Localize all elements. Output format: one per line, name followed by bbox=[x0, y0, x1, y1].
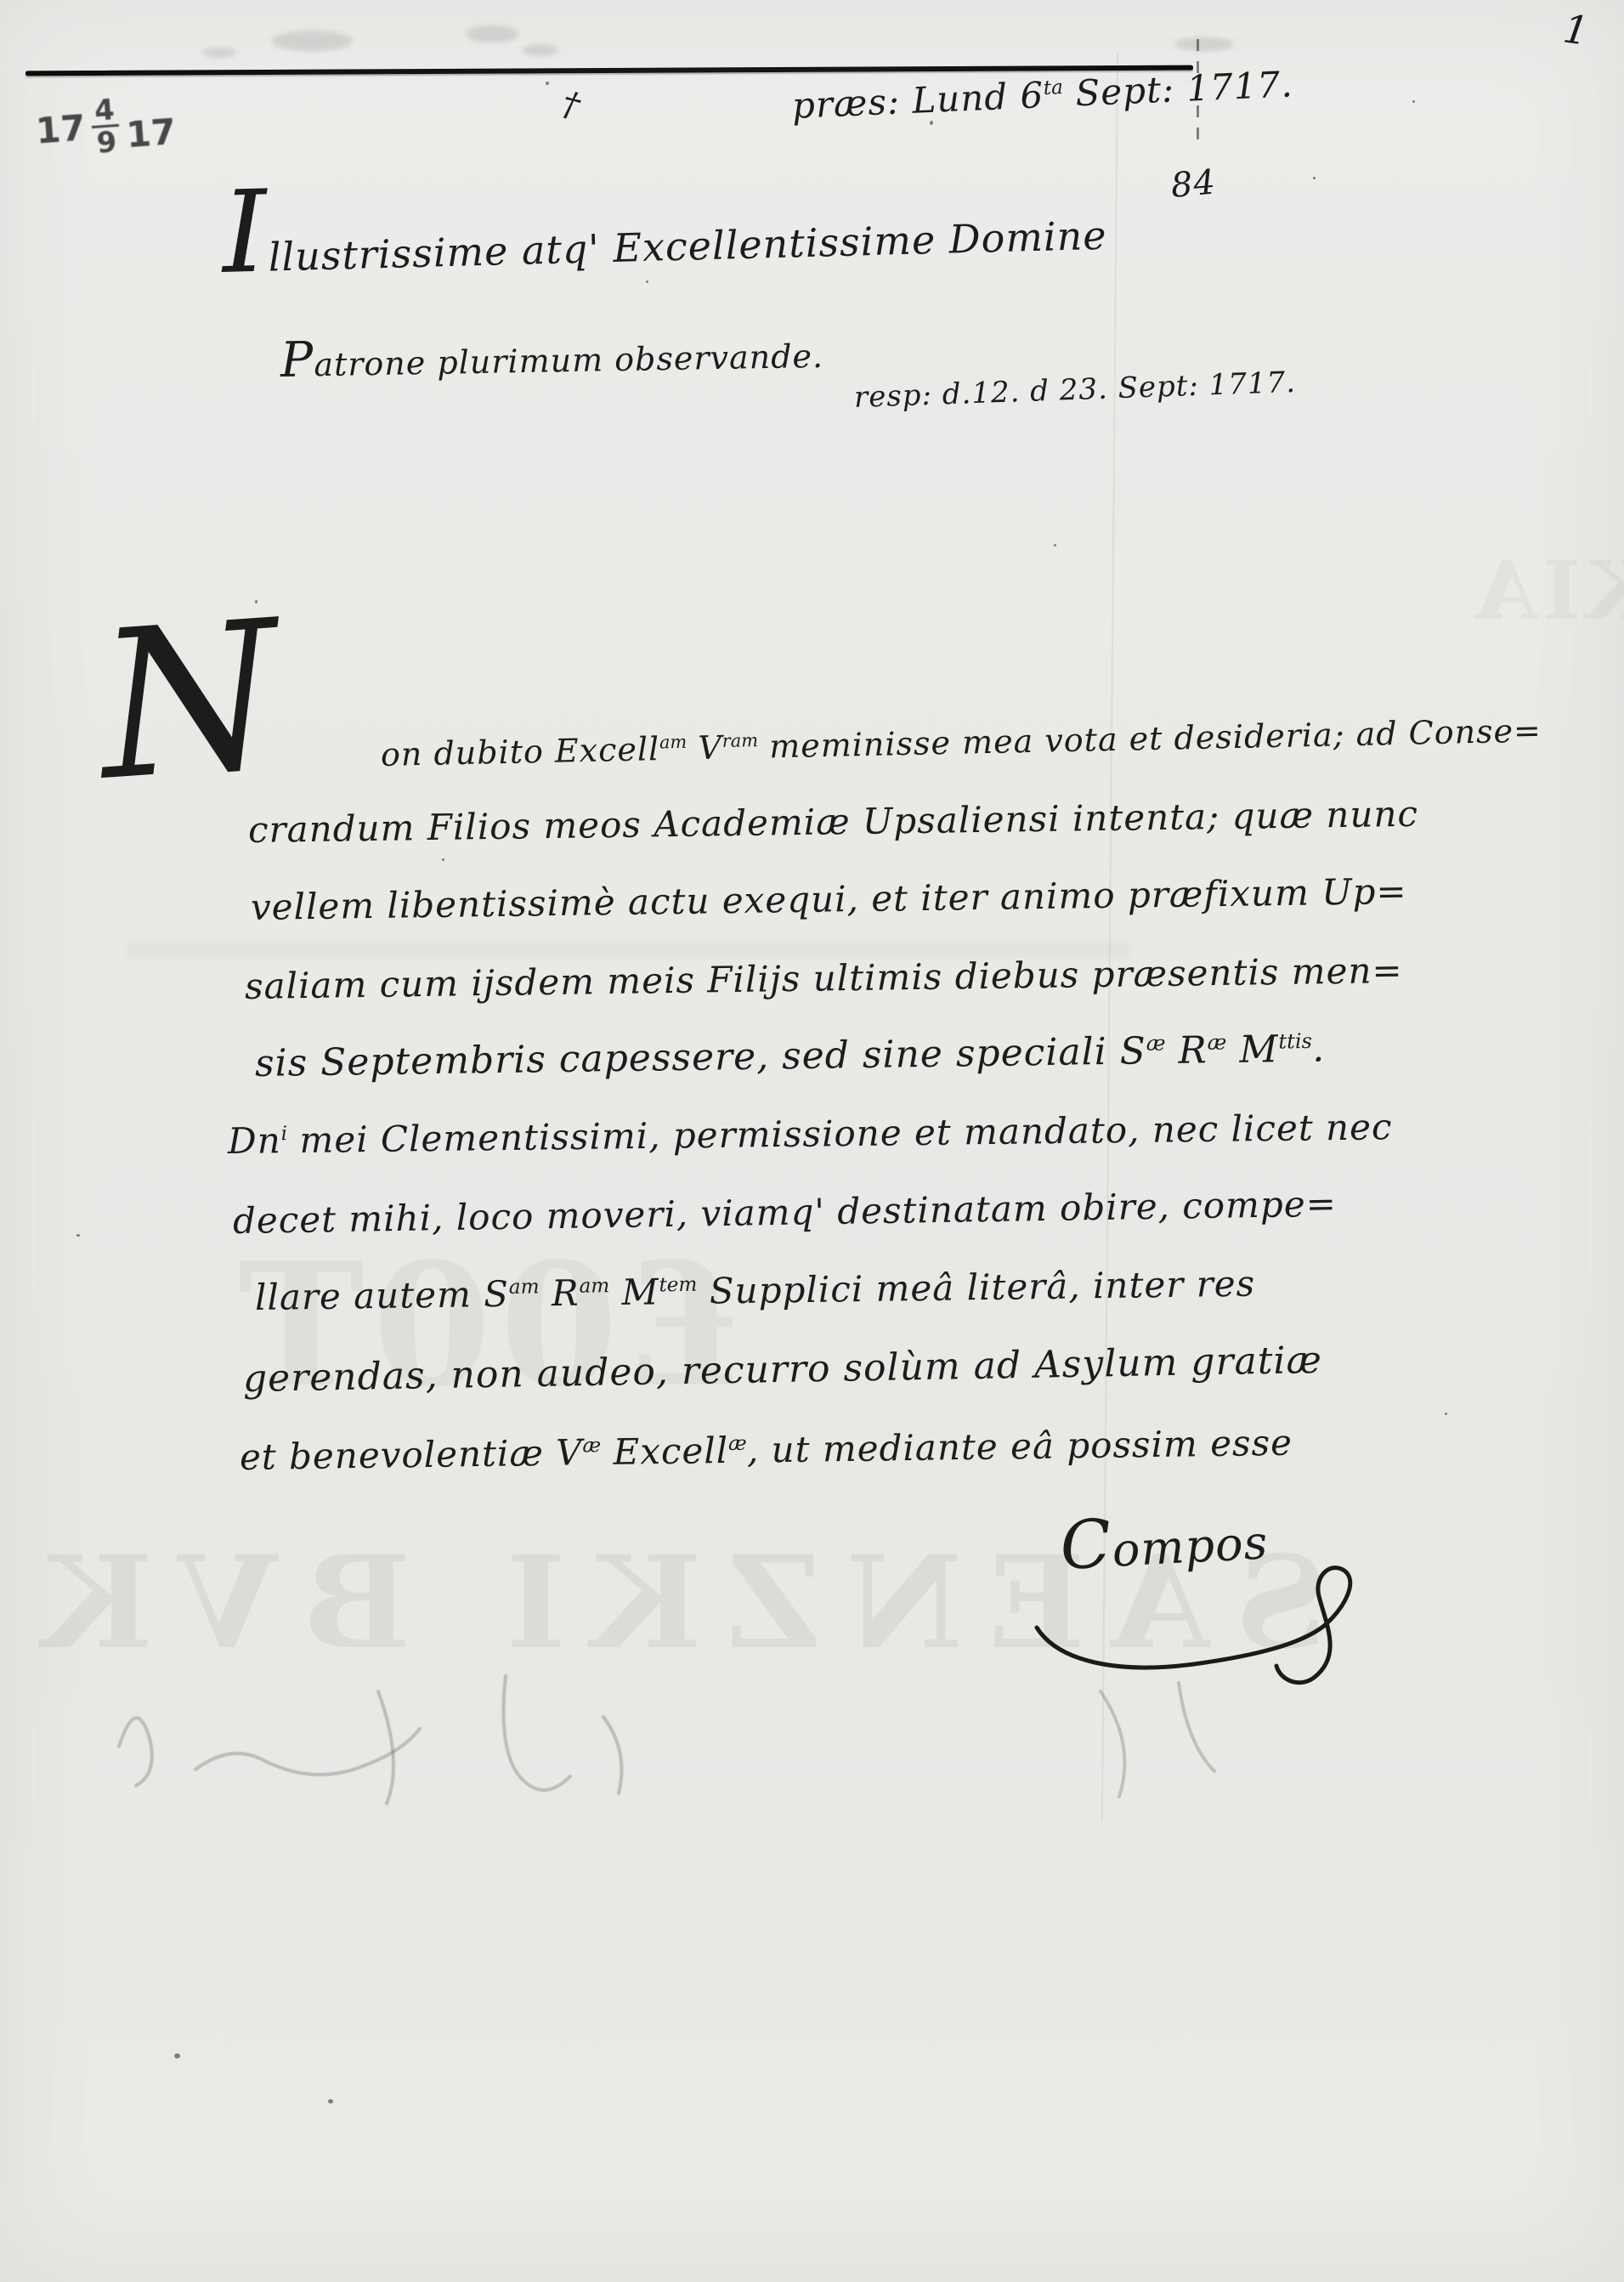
body-line-5-text: M bbox=[1226, 1028, 1279, 1072]
ink-speck bbox=[76, 1234, 80, 1237]
body-line-8-text: Supplici meâ literâ, inter res bbox=[697, 1263, 1255, 1312]
fraction-numerator: 4 bbox=[90, 94, 119, 128]
dust-smudge bbox=[1174, 37, 1234, 51]
body-line-6-text: mei Clementissimi, permissione et mandat… bbox=[287, 1106, 1393, 1161]
ink-speck bbox=[442, 858, 444, 861]
ink-speck bbox=[546, 82, 549, 85]
body-line-8-sup: am bbox=[509, 1276, 540, 1298]
bleedthrough-corner: KIA bbox=[1470, 544, 1624, 638]
salutation-line-1: Illustrissime atq' Excellentissime Domin… bbox=[222, 205, 1107, 281]
ink-speck bbox=[1445, 1413, 1447, 1415]
ink-speck bbox=[646, 280, 648, 283]
body-line-1-sup: am bbox=[659, 732, 688, 753]
body-line-10-sup: æ bbox=[728, 1433, 747, 1455]
ink-speck bbox=[255, 600, 257, 603]
body-line-10-text: et benevolentiæ V bbox=[240, 1431, 583, 1478]
presentation-note-rest: Sept: 1717. bbox=[1062, 63, 1293, 115]
body-line-4-text: saliam cum ijsdem meis Filijs ultimis di… bbox=[245, 949, 1403, 1007]
body-line-4: saliam cum ijsdem meis Filijs ultimis di… bbox=[245, 949, 1403, 1007]
ink-speck bbox=[1313, 177, 1316, 179]
body-line-5-text: sis Septembris capessere, sed sine speci… bbox=[255, 1029, 1147, 1085]
body-line-10-text: , ut mediante eâ possim esse bbox=[747, 1422, 1293, 1471]
body-line-8-sup: tem bbox=[659, 1274, 697, 1297]
folio-number: 84 bbox=[1169, 162, 1218, 205]
body-line-2-text: crandum Filios meos Academiæ Upsaliensi … bbox=[248, 793, 1419, 851]
body-line-5-text: . bbox=[1312, 1027, 1326, 1070]
body-line-8-sup: am bbox=[579, 1275, 609, 1297]
body-line-5-sup: ttis bbox=[1278, 1029, 1312, 1054]
body-line-8-text: R bbox=[539, 1272, 580, 1315]
pencil-archival-note: 17 4 9 17 bbox=[34, 90, 178, 162]
body-line-8-text: llare autem S bbox=[255, 1273, 510, 1318]
ink-speck bbox=[1054, 544, 1056, 546]
page-number: 1 bbox=[1560, 5, 1593, 54]
ink-speck bbox=[328, 2099, 333, 2104]
body-line-5-text: R bbox=[1165, 1028, 1208, 1073]
body-line-10: et benevolentiæ Væ Excellæ, ut mediante … bbox=[240, 1422, 1293, 1478]
presentation-note-main: præs: Lund 6 bbox=[791, 74, 1044, 127]
fraction-denominator: 9 bbox=[96, 127, 118, 158]
dust-smudge bbox=[202, 48, 236, 58]
dust-smudge bbox=[272, 31, 353, 51]
body-line-2: crandum Filios meos Academiæ Upsaliensi … bbox=[248, 793, 1419, 851]
presentation-note-sup: ta bbox=[1043, 76, 1063, 99]
body-line-6-text: Dn bbox=[228, 1119, 281, 1162]
pencil-note-fraction: 4 9 bbox=[90, 94, 121, 159]
ink-speck bbox=[174, 2053, 180, 2058]
body-line-5-sup: æ bbox=[1207, 1030, 1226, 1054]
body-line-3: vellem libentissimè actu exequi, et iter… bbox=[251, 870, 1407, 928]
body-line-3-text: vellem libentissimè actu exequi, et iter… bbox=[251, 870, 1407, 928]
salutation-line-2: Patrone plurimum observande. bbox=[280, 337, 824, 384]
pencil-note-right: 17 bbox=[125, 111, 178, 156]
verso-scribble bbox=[93, 1640, 756, 1819]
dust-smudge bbox=[523, 44, 558, 56]
pencil-note-left: 17 bbox=[34, 107, 87, 152]
body-line-10-text: Excell bbox=[601, 1430, 729, 1473]
body-line-1-sup: ram bbox=[721, 730, 758, 751]
body-line-10-sup: æ bbox=[582, 1435, 601, 1457]
body-line-1-text: meminisse mea vota et desideria; ad Cons… bbox=[758, 711, 1542, 765]
body-line-5: sis Septembris capessere, sed sine speci… bbox=[255, 1027, 1326, 1085]
body-line-6: Dni mei Clementissimi, permissione et ma… bbox=[228, 1106, 1393, 1162]
body-line-1-text: V bbox=[687, 729, 722, 767]
ink-speck bbox=[1412, 100, 1415, 103]
presentation-note: præs: Lund 6ta Sept: 1717. bbox=[791, 63, 1294, 127]
response-note: resp: d.12. d 23. Sept: 1717. bbox=[853, 365, 1296, 415]
body-line-8-text: M bbox=[609, 1271, 659, 1313]
body-line-7: decet mihi, loco moveri, viamq' destinat… bbox=[233, 1183, 1338, 1242]
body-line-7-text: decet mihi, loco moveri, viamq' destinat… bbox=[233, 1183, 1338, 1242]
drop-cap-initial: N bbox=[93, 593, 286, 809]
verso-scribble bbox=[1075, 1666, 1270, 1844]
body-line-1: on dubito Excellam Vram meminisse mea vo… bbox=[381, 711, 1542, 773]
ink-speck bbox=[930, 121, 933, 125]
cross-mark: † bbox=[557, 84, 585, 127]
manuscript-page: SAENZKI BVK £00T KIA 17 4 9 17 † præs: L… bbox=[0, 0, 1624, 2282]
body-line-1-text: on dubito Excell bbox=[381, 730, 660, 773]
body-line-5-sup: æ bbox=[1146, 1031, 1166, 1055]
dust-smudge bbox=[466, 25, 518, 42]
